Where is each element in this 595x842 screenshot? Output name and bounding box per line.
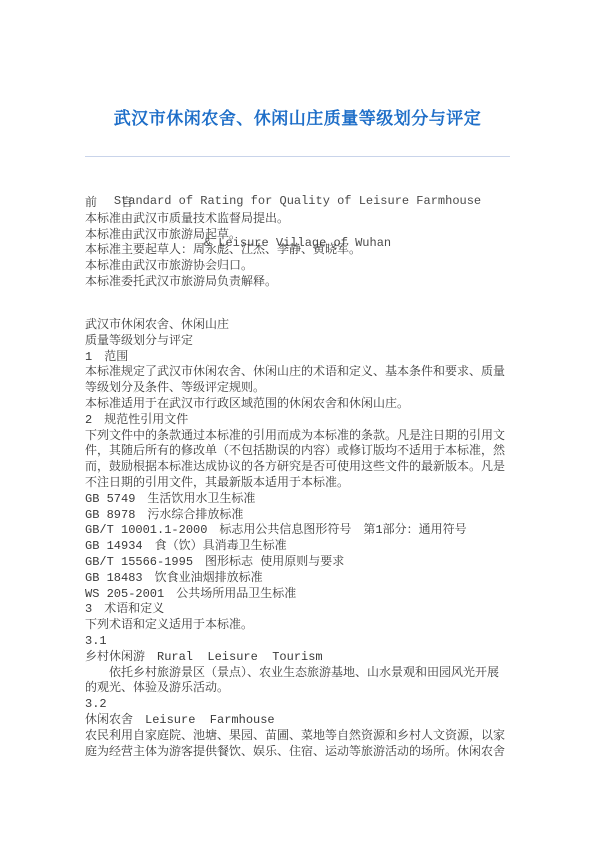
document-title: 武汉市休闲农舍、休闲山庄质量等级划分与评定: [0, 104, 595, 129]
text-line: 本标准适用于在武汉市行政区域范围的休闲农舍和休闲山庄。: [85, 397, 510, 413]
text-line: 本标准规定了武汉市休闲农舍、休闲山庄的术语和定义、基本条件和要求、质量: [85, 365, 510, 381]
text-line: GB/T 10001.1-2000 标志用公共信息图形符号 第1部分：通用符号: [85, 523, 510, 539]
text-line: 下列文件中的条款通过本标准的引用而成为本标准的条款。凡是注日期的引用文: [85, 429, 510, 445]
text-line: 不注日期的引用文件，其最新版本适用于本标准。: [85, 476, 510, 492]
text-line: 下列术语和定义适用于本标准。: [85, 618, 510, 634]
text-line: GB 5749 生活饮用水卫生标准: [85, 492, 510, 508]
text-line: 武汉市休闲农舍、休闲山庄: [85, 318, 510, 334]
text-line: 质量等级划分与评定: [85, 334, 510, 350]
text-line: 的观光、体验及游乐活动。: [85, 681, 510, 697]
text-line: GB/T 15566-1995 图形标志 使用原则与要求: [85, 555, 510, 571]
text-line: GB 8978 污水综合排放标准: [85, 508, 510, 524]
text-line: 农民利用自家庭院、池塘、果园、苗圃、菜地等自然资源和乡村人文资源，以家: [85, 729, 510, 745]
text-line: 3.1: [85, 634, 510, 650]
text-line: 庭为经营主体为游客提供餐饮、娱乐、住宿、运动等旅游活动的场所。休闲农舍: [85, 745, 510, 761]
text-line: 3.2: [85, 697, 510, 713]
text-line: 本标准由武汉市质量技术监督局提出。: [85, 212, 510, 228]
text-line: 1 范围: [85, 350, 510, 366]
text-line: GB 18483 饮食业油烟排放标准: [85, 571, 510, 587]
text-line: GB 14934 食（饮）具消毒卫生标准: [85, 539, 510, 555]
text-line: 本标准由武汉市旅游局起草。: [85, 228, 510, 244]
text-line: 休闲农舍 Leisure Farmhouse: [85, 713, 510, 729]
text-line: 而，鼓励根据本标准达成协议的各方研究是否可使用这些文件的最新版本。凡是: [85, 460, 510, 476]
text-line: 件，其随后所有的修改单（不包括勘误的内容）或修订版均不适用于本标准，然: [85, 444, 510, 460]
horizontal-rule: [85, 156, 510, 157]
text-line: 2 规范性引用文件: [85, 413, 510, 429]
text-line: 本标准由武汉市旅游协会归口。: [85, 259, 510, 275]
main-text-section: 武汉市休闲农舍、休闲山庄质量等级划分与评定1 范围本标准规定了武汉市休闲农舍、休…: [85, 318, 510, 760]
text-line: 乡村休闲游 Rural Leisure Tourism: [85, 650, 510, 666]
text-line: 依托乡村旅游景区（景点）、农业生态旅游基地、山水景观和田园风光开展: [85, 666, 510, 682]
text-line: 3 术语和定义: [85, 602, 510, 618]
document-page: 武汉市休闲农舍、休闲山庄质量等级划分与评定 Standard of Rating…: [0, 0, 595, 842]
foreword-lines: 本标准由武汉市质量技术监督局提出。本标准由武汉市旅游局起草。本标准主要起草人：周…: [85, 212, 510, 291]
foreword-heading: 前 言: [85, 196, 510, 212]
text-line: 本标准委托武汉市旅游局负责解释。: [85, 275, 510, 291]
text-line: 等级划分及条件、等级评定规则。: [85, 381, 510, 397]
text-line: WS 205-2001 公共场所用品卫生标准: [85, 587, 510, 603]
text-line: 本标准主要起草人：周永彪、江杰、李静、黄晓军。: [85, 243, 510, 259]
foreword-section: 前 言 本标准由武汉市质量技术监督局提出。本标准由武汉市旅游局起草。本标准主要起…: [85, 196, 510, 291]
